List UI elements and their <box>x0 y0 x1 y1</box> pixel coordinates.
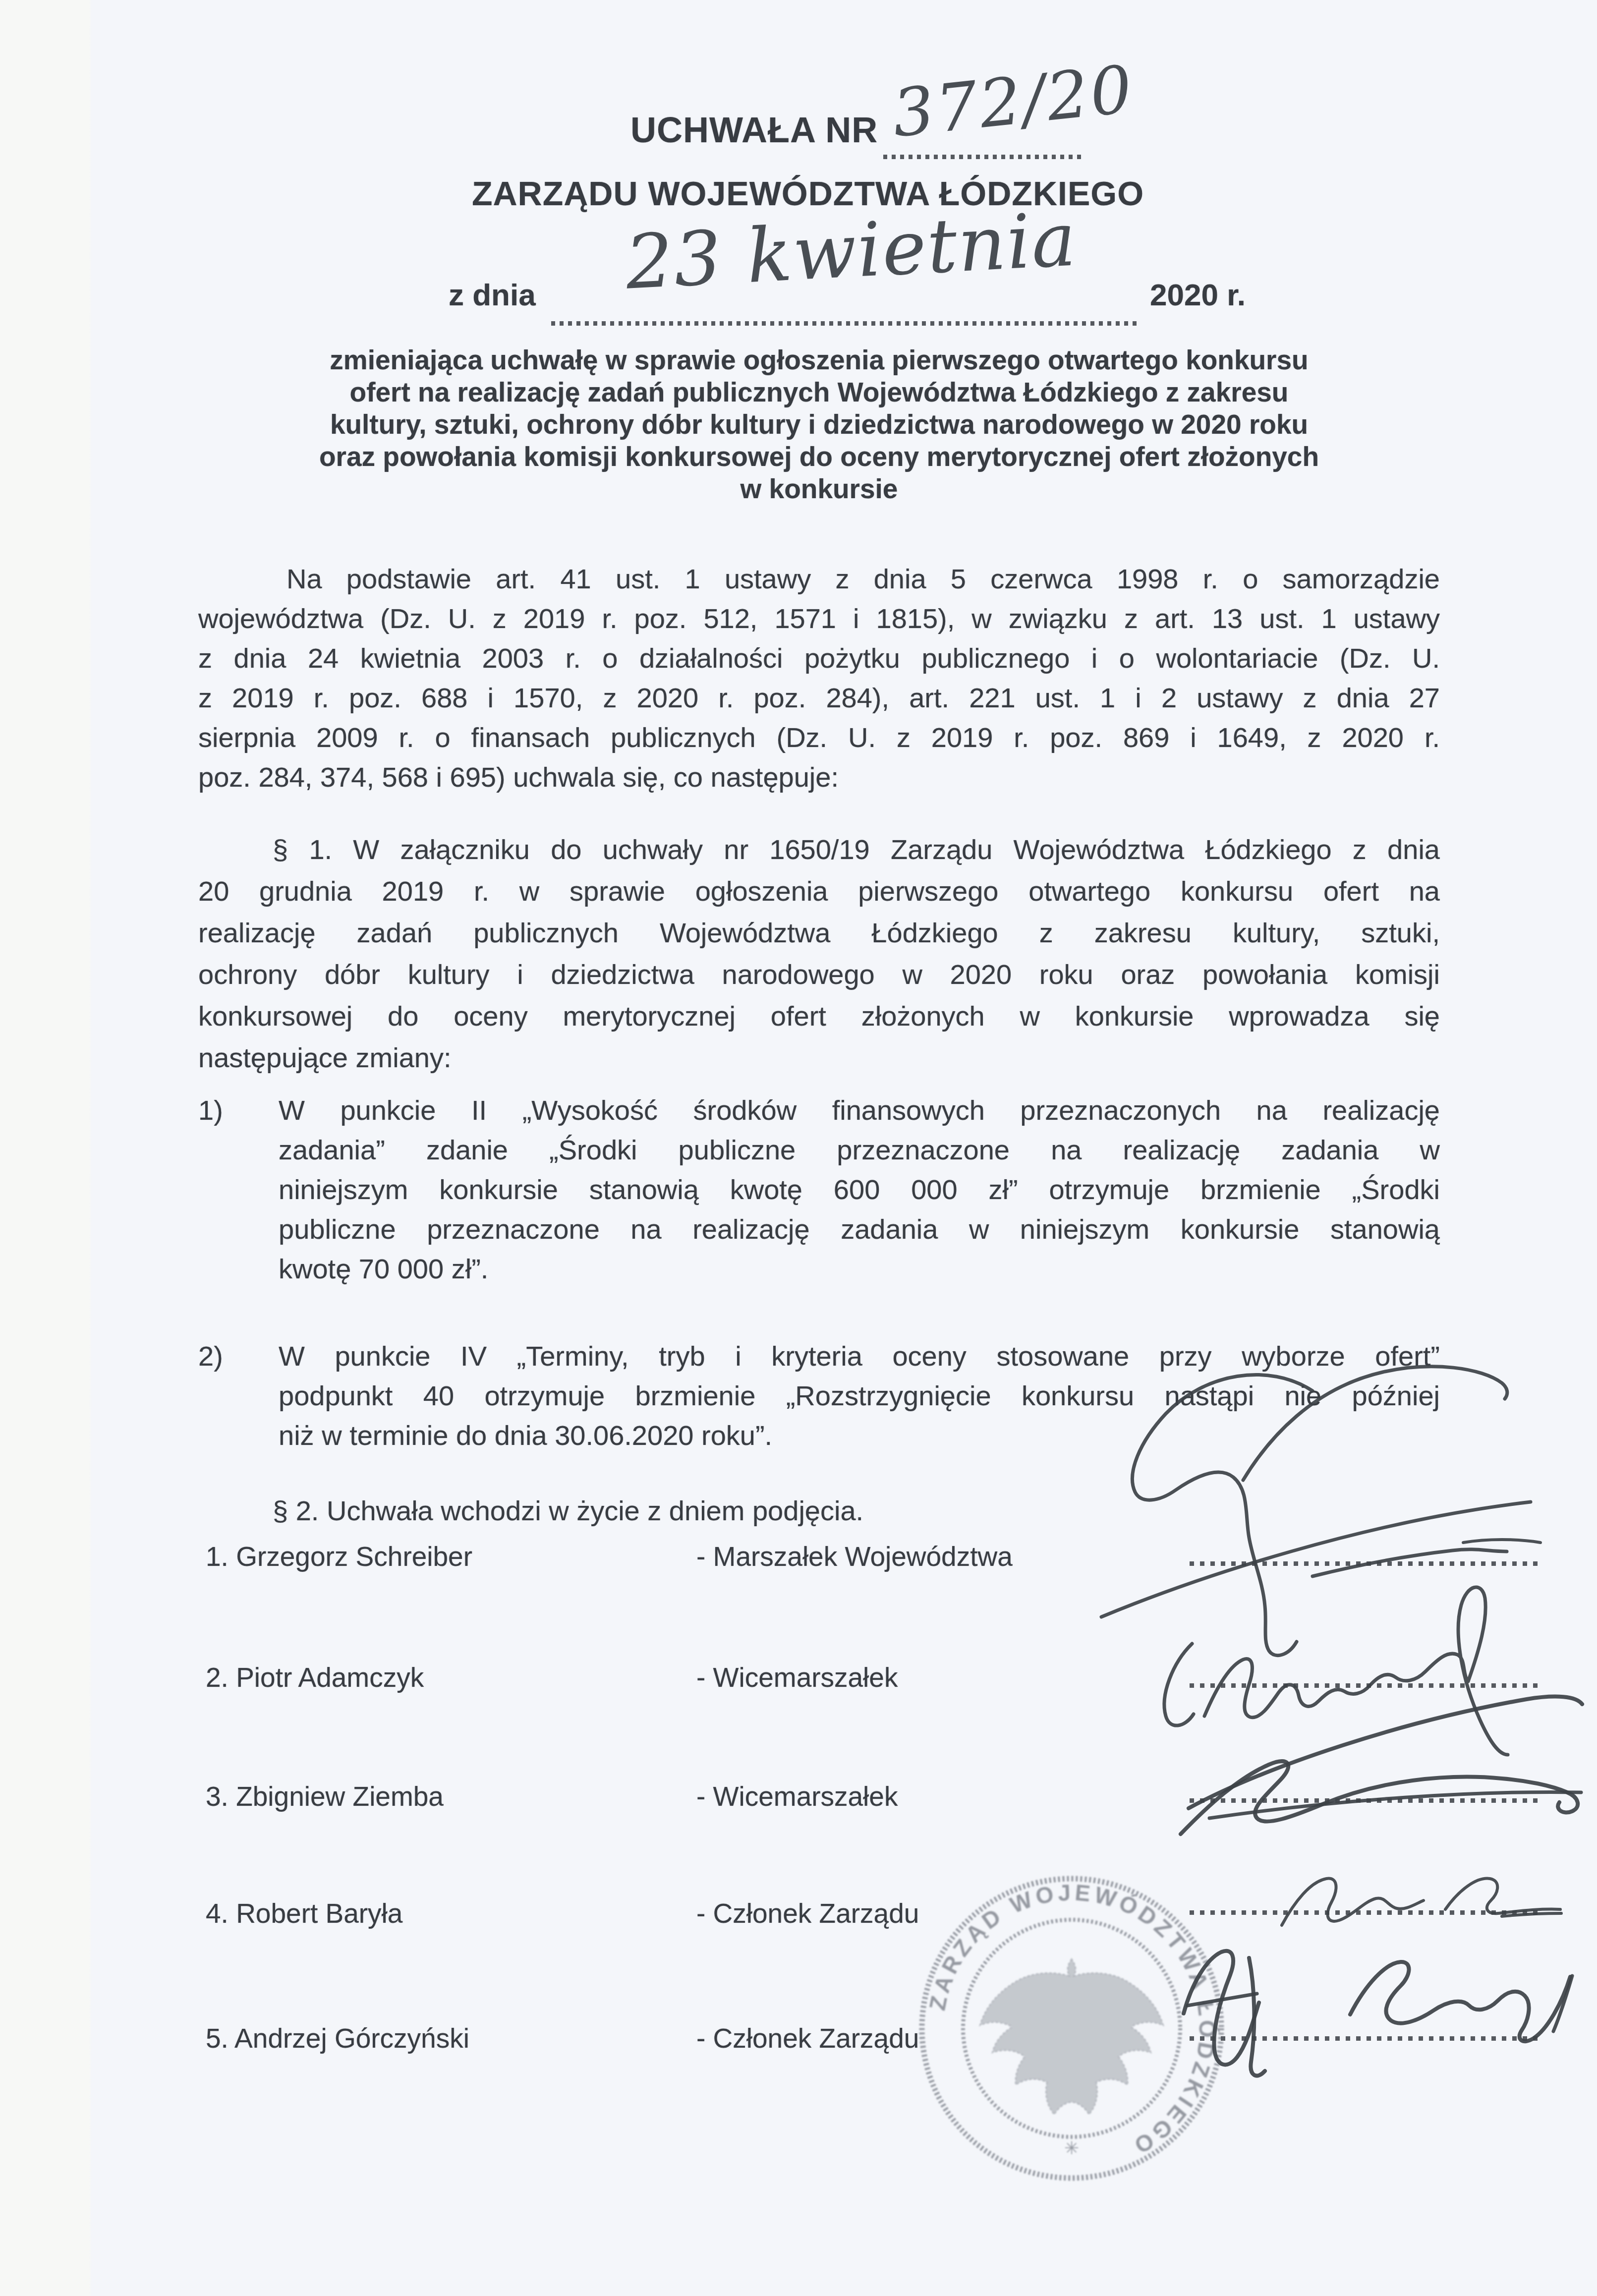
signer-row: 4. Robert Baryła - Członek Zarządu <box>0 1897 1597 1932</box>
signer-role: - Wicemarszałek <box>696 1780 898 1812</box>
paragraph-line: poz. 284, 374, 568 i 695) uchwala się, c… <box>198 757 1440 797</box>
handwritten-resolution-number: 372/20 <box>889 51 1138 152</box>
stamp-star-separator-icon: ✳ <box>1064 2138 1079 2158</box>
paragraph-line: ochrony dóbr kultury i dziedzictwa narod… <box>198 954 1440 995</box>
signature-dotted-line <box>1190 1561 1539 1566</box>
resolution-subject: zmieniająca uchwałę w sprawie ogłoszenia… <box>198 344 1440 505</box>
paragraph-line: z dnia 24 kwietnia 2003 r. o działalnośc… <box>198 638 1440 678</box>
signer-name: 5. Andrzej Górczyński <box>206 2022 469 2054</box>
signature-dotted-line <box>1190 1683 1539 1688</box>
signer-role: - Marszałek Województwa <box>696 1541 1013 1572</box>
paragraph-line: § 2. Uchwała wchodzi w życie z dniem pod… <box>198 1491 1440 1531</box>
signer-name: 1. Grzegorz Schreiber <box>206 1541 472 1572</box>
signer-row: 1. Grzegorz Schreiber - Marszałek Wojewó… <box>0 1541 1597 1575</box>
section-2-paragraph: § 2. Uchwała wchodzi w życie z dniem pod… <box>198 1491 1440 1531</box>
paragraph-line: publiczne przeznaczone na realizację zad… <box>279 1209 1440 1249</box>
paragraph-line: sierpnia 2009 r. o finansach publicznych… <box>198 718 1440 757</box>
paragraph-line: § 1. W załączniku do uchwały nr 1650/19 … <box>198 829 1440 870</box>
signer-row: 2. Piotr Adamczyk - Wicemarszałek <box>0 1662 1597 1696</box>
paragraph-line: W punkcie IV „Terminy, tryb i kryteria o… <box>279 1336 1440 1376</box>
paragraph-line: kwotę 70 000 zł”. <box>279 1249 1440 1289</box>
item-marker: 2) <box>198 1336 223 1376</box>
signature-dotted-line <box>1190 2036 1539 2041</box>
paragraph-line: województwa (Dz. U. z 2019 r. poz. 512, … <box>198 599 1440 638</box>
dotted-fill-line <box>551 321 1140 326</box>
paragraph-line: Na podstawie art. 41 ust. 1 ustawy z dni… <box>198 559 1440 599</box>
item-body: W punkcie IV „Terminy, tryb i kryteria o… <box>279 1336 1440 1455</box>
item-marker: 1) <box>198 1091 223 1130</box>
amendment-item-1: 1) W punkcie II „Wysokość środków finans… <box>198 1091 1440 1289</box>
amendment-item-2: 2) W punkcie IV „Terminy, tryb i kryteri… <box>198 1336 1440 1455</box>
signature-dotted-line <box>1190 1798 1539 1803</box>
section-1-paragraph: § 1. W załączniku do uchwały nr 1650/19 … <box>198 829 1440 1079</box>
document-page: UCHWAŁA NR 372/20 ZARZĄDU WOJEWÓDZTWA ŁÓ… <box>0 0 1597 2296</box>
signature-dotted-line <box>1190 1910 1539 1915</box>
dotted-fill-line <box>883 155 1084 159</box>
signer-name: 4. Robert Baryła <box>206 1897 402 1929</box>
paragraph-line: niniejszym konkursie stanowią kwotę 600 … <box>279 1170 1440 1209</box>
item-body: W punkcie II „Wysokość środków finansowy… <box>279 1091 1440 1289</box>
subject-line: oraz powołania komisji konkursowej do oc… <box>198 441 1440 473</box>
signer-role: - Wicemarszałek <box>696 1662 898 1693</box>
paragraph-line: następujące zmiany: <box>198 1037 1440 1079</box>
subject-line: kultury, sztuki, ochrony dóbr kultury i … <box>198 408 1440 441</box>
issuing-body-title: ZARZĄDU WOJEWÓDZTWA ŁÓDZKIEGO <box>178 174 1437 213</box>
subject-line: w konkursie <box>198 473 1440 505</box>
signer-name: 2. Piotr Adamczyk <box>206 1662 424 1693</box>
signer-name: 3. Zbigniew Ziemba <box>206 1780 444 1812</box>
signer-row: 3. Zbigniew Ziemba - Wicemarszałek <box>0 1780 1597 1815</box>
paragraph-line: W punkcie II „Wysokość środków finansowy… <box>279 1091 1440 1130</box>
paragraph-line: 20 grudnia 2019 r. w sprawie ogłoszenia … <box>198 870 1440 912</box>
paragraph-line: podpunkt 40 otrzymuje brzmienie „Rozstrz… <box>279 1376 1440 1416</box>
date-year: 2020 r. <box>1150 278 1246 313</box>
subject-line: zmieniająca uchwałę w sprawie ogłoszenia… <box>198 344 1440 376</box>
paragraph-line: z 2019 r. poz. 688 i 1570, z 2020 r. poz… <box>198 678 1440 718</box>
signer-role: - Członek Zarządu <box>696 2022 919 2054</box>
paragraph-line: realizację zadań publicznych Województwa… <box>198 912 1440 954</box>
legal-basis-paragraph: Na podstawie art. 41 ust. 1 ustawy z dni… <box>198 559 1440 797</box>
date-prefix: z dnia <box>449 278 536 313</box>
subject-line: ofert na realizację zadań publicznych Wo… <box>198 376 1440 408</box>
signer-role: - Członek Zarządu <box>696 1897 919 1929</box>
paragraph-line: konkursowej do oceny merytorycznej ofert… <box>198 995 1440 1037</box>
paragraph-line: zadania” zdanie „Środki publiczne przezn… <box>279 1130 1440 1170</box>
paragraph-line: niż w terminie do dnia 30.06.2020 roku”. <box>279 1416 1440 1455</box>
resolution-label: UCHWAŁA NR <box>630 110 878 151</box>
